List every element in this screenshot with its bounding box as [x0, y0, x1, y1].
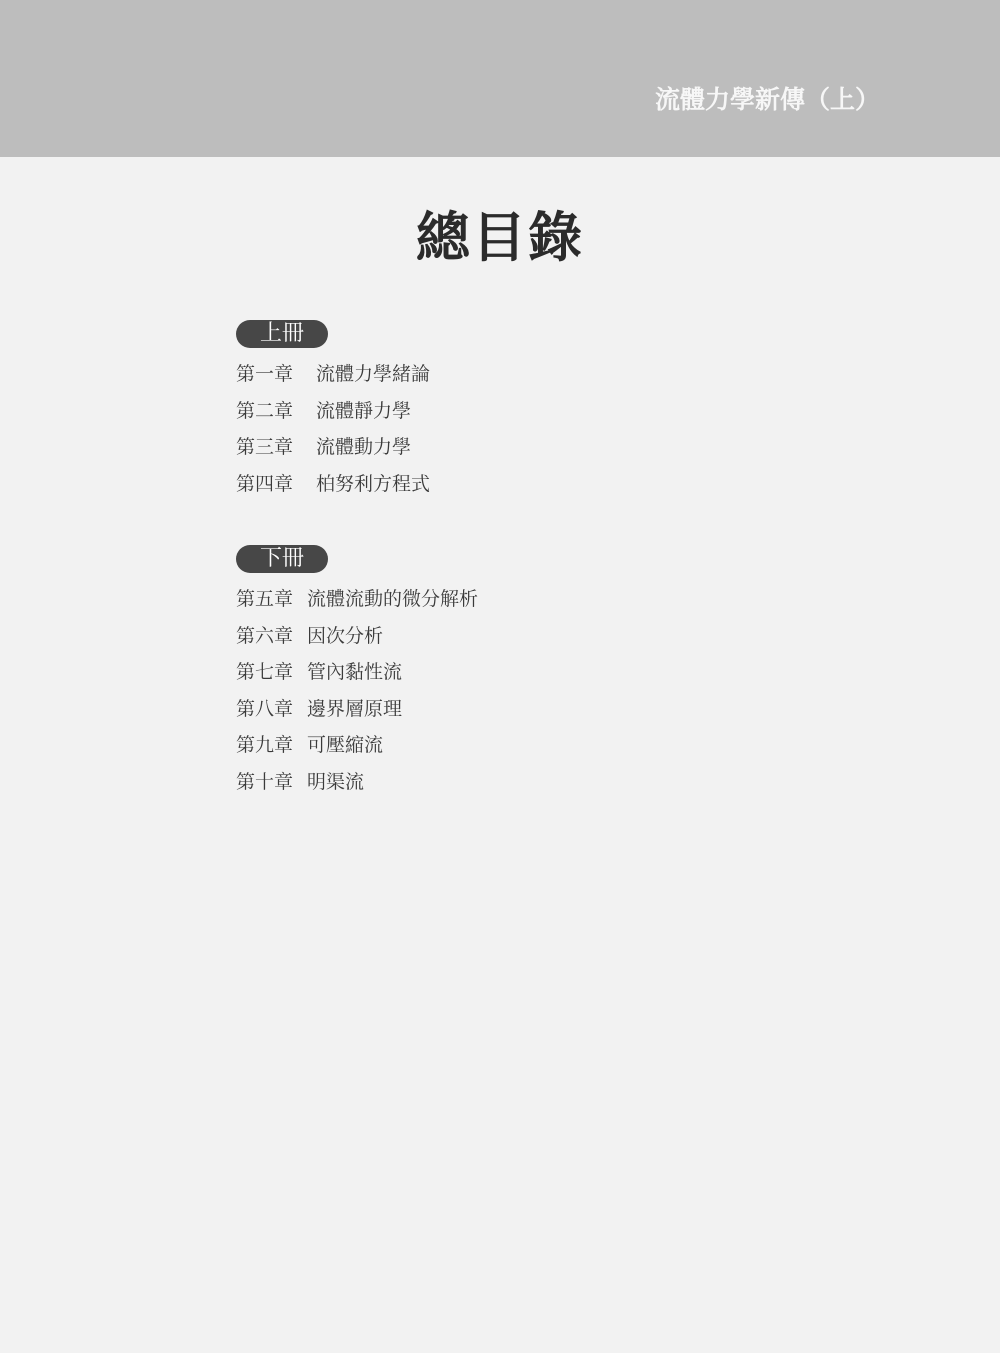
chapter-item: 第三章流體動力學 [236, 429, 430, 466]
chapter-number: 第九章 [236, 727, 307, 764]
volume-section-1: 上冊 第一章流體力學緒論 第二章流體靜力學 第三章流體動力學 第四章柏努利方程式 [236, 320, 430, 502]
chapter-number: 第三章 [236, 429, 316, 466]
chapter-item: 第十章明渠流 [236, 764, 478, 801]
chapter-item: 第四章柏努利方程式 [236, 466, 430, 503]
chapter-number: 第一章 [236, 356, 316, 393]
chapter-title: 邊界層原理 [307, 698, 402, 720]
chapter-number: 第六章 [236, 618, 307, 655]
chapter-item: 第二章流體靜力學 [236, 393, 430, 430]
chapter-item: 第六章因次分析 [236, 618, 478, 655]
chapter-title: 明渠流 [307, 771, 364, 793]
page-header-band: 流體力學新傳（上） [0, 0, 1000, 157]
chapter-title: 流體流動的微分解析 [307, 588, 478, 610]
chapter-list: 第一章流體力學緒論 第二章流體靜力學 第三章流體動力學 第四章柏努利方程式 [236, 356, 430, 502]
volume-section-2: 下冊 第五章流體流動的微分解析 第六章因次分析 第七章管內黏性流 第八章邊界層原… [236, 545, 478, 800]
chapter-title: 流體靜力學 [316, 400, 411, 422]
chapter-item: 第一章流體力學緒論 [236, 356, 430, 393]
chapter-item: 第八章邊界層原理 [236, 691, 478, 728]
chapter-item: 第五章流體流動的微分解析 [236, 581, 478, 618]
page-title: 總目錄 [0, 195, 1000, 272]
chapter-number: 第四章 [236, 466, 316, 503]
chapter-title: 流體力學緒論 [316, 363, 430, 385]
chapter-title: 柏努利方程式 [316, 473, 430, 495]
chapter-number: 第八章 [236, 691, 307, 728]
chapter-item: 第九章可壓縮流 [236, 727, 478, 764]
volume-badge: 上冊 [236, 320, 328, 348]
chapter-number: 第二章 [236, 393, 316, 430]
chapter-list: 第五章流體流動的微分解析 第六章因次分析 第七章管內黏性流 第八章邊界層原理 第… [236, 581, 478, 800]
chapter-number: 第十章 [236, 764, 307, 801]
book-title: 流體力學新傳（上） [655, 80, 880, 116]
chapter-title: 因次分析 [307, 625, 383, 647]
chapter-title: 管內黏性流 [307, 661, 402, 683]
chapter-item: 第七章管內黏性流 [236, 654, 478, 691]
chapter-number: 第七章 [236, 654, 307, 691]
chapter-number: 第五章 [236, 581, 307, 618]
chapter-title: 可壓縮流 [307, 734, 383, 756]
chapter-title: 流體動力學 [316, 436, 411, 458]
volume-badge: 下冊 [236, 545, 328, 573]
